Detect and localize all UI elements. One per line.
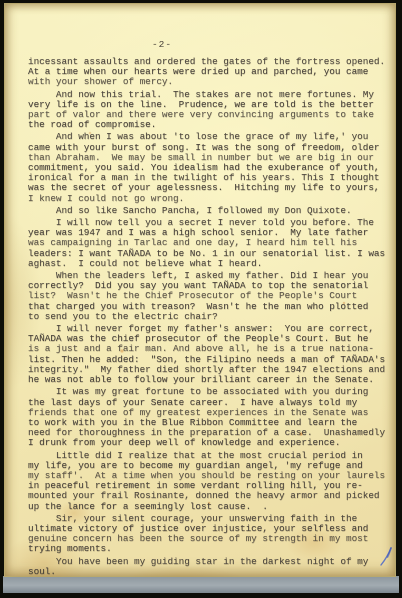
paragraph: It was my great fortune to be associated… [28, 387, 392, 448]
text-line: Sir, your silent courage, your unswervin… [28, 514, 392, 524]
text-line: part of valor and there were very convin… [28, 110, 392, 120]
paragraph: And when I was about 'to lose the grace … [28, 132, 392, 203]
paragraph: I will now tell you a secret I never tol… [28, 218, 392, 269]
scanned-page: -2- incessant assaults and ordered the g… [0, 0, 402, 598]
text-line: my staff'. At a time when you should be … [28, 471, 392, 481]
text-line: up the lance for a seemingly lost cause.… [28, 502, 392, 512]
paragraph: Little did I realize that at the most cr… [28, 451, 392, 512]
text-line: the road of compromise. [28, 120, 392, 130]
text-line: ironical for a man in the twilight of hi… [28, 173, 392, 183]
text-line: with your shower of mercy. [28, 77, 392, 87]
text-line: And when I was about 'to lose the grace … [28, 132, 392, 142]
text-line: When the leaders left, I asked my father… [28, 271, 392, 281]
text-line: I will now tell you a secret I never tol… [28, 218, 392, 228]
text-line: aghast. I could not believe what I heard… [28, 259, 392, 269]
text-line: genuine concern has been the source of m… [28, 534, 392, 544]
text-line: And now this trial. The stakes are not m… [28, 90, 392, 100]
paragraph: incessant assaults and ordered the gates… [28, 57, 392, 88]
text-line: soul. [28, 567, 392, 577]
paragraph: Sir, your silent courage, your unswervin… [28, 514, 392, 555]
text-line: Little did I realize that at the most cr… [28, 451, 392, 461]
paragraph: When the leaders left, I asked my father… [28, 271, 392, 322]
text-line: than Abraham. We may be small in number … [28, 153, 392, 163]
text-line: integrity." My father died shortly after… [28, 365, 392, 375]
paragraph: And so like Sancho Pancha, I followed my… [28, 206, 392, 216]
text-line: friends that one of my greatest experien… [28, 408, 392, 418]
text-line: You have been my guiding star in the dar… [28, 557, 392, 567]
text-line: I knew I could not go wrong. [28, 194, 392, 204]
document-body: incessant assaults and ordered the gates… [28, 57, 392, 579]
paragraph: And now this trial. The stakes are not m… [28, 90, 392, 131]
page-number: -2- [4, 39, 320, 50]
text-line: mounted your frail Rosinante, donned the… [28, 491, 392, 501]
text-line: trying moments. [28, 544, 392, 554]
text-line: I drunk from your deep well of knowledge… [28, 438, 392, 448]
text-line: was campaigning in Tarlac and one day, I… [28, 238, 392, 248]
text-line: I will never forget my father's answer: … [28, 324, 392, 334]
text-line: And so like Sancho Pancha, I followed my… [28, 206, 392, 216]
text-line: is a just and a fair man. And above all,… [28, 344, 392, 354]
paragraph: You have been my guiding star in the dar… [28, 557, 392, 577]
text-line: list? Wasn't he the Chief Prosecutor of … [28, 291, 392, 301]
text-line: need for thoroughness in the preparation… [28, 428, 392, 438]
paper-sheet: -2- incessant assaults and ordered the g… [4, 3, 396, 577]
text-line: It was my great fortune to be associated… [28, 387, 392, 397]
text-line: he was not able to follow your brilliant… [28, 375, 392, 385]
text-line: to send you to the electric chair? [28, 312, 392, 322]
text-line: incessant assaults and ordered the gates… [28, 57, 392, 67]
paragraph: I will never forget my father's answer: … [28, 324, 392, 385]
